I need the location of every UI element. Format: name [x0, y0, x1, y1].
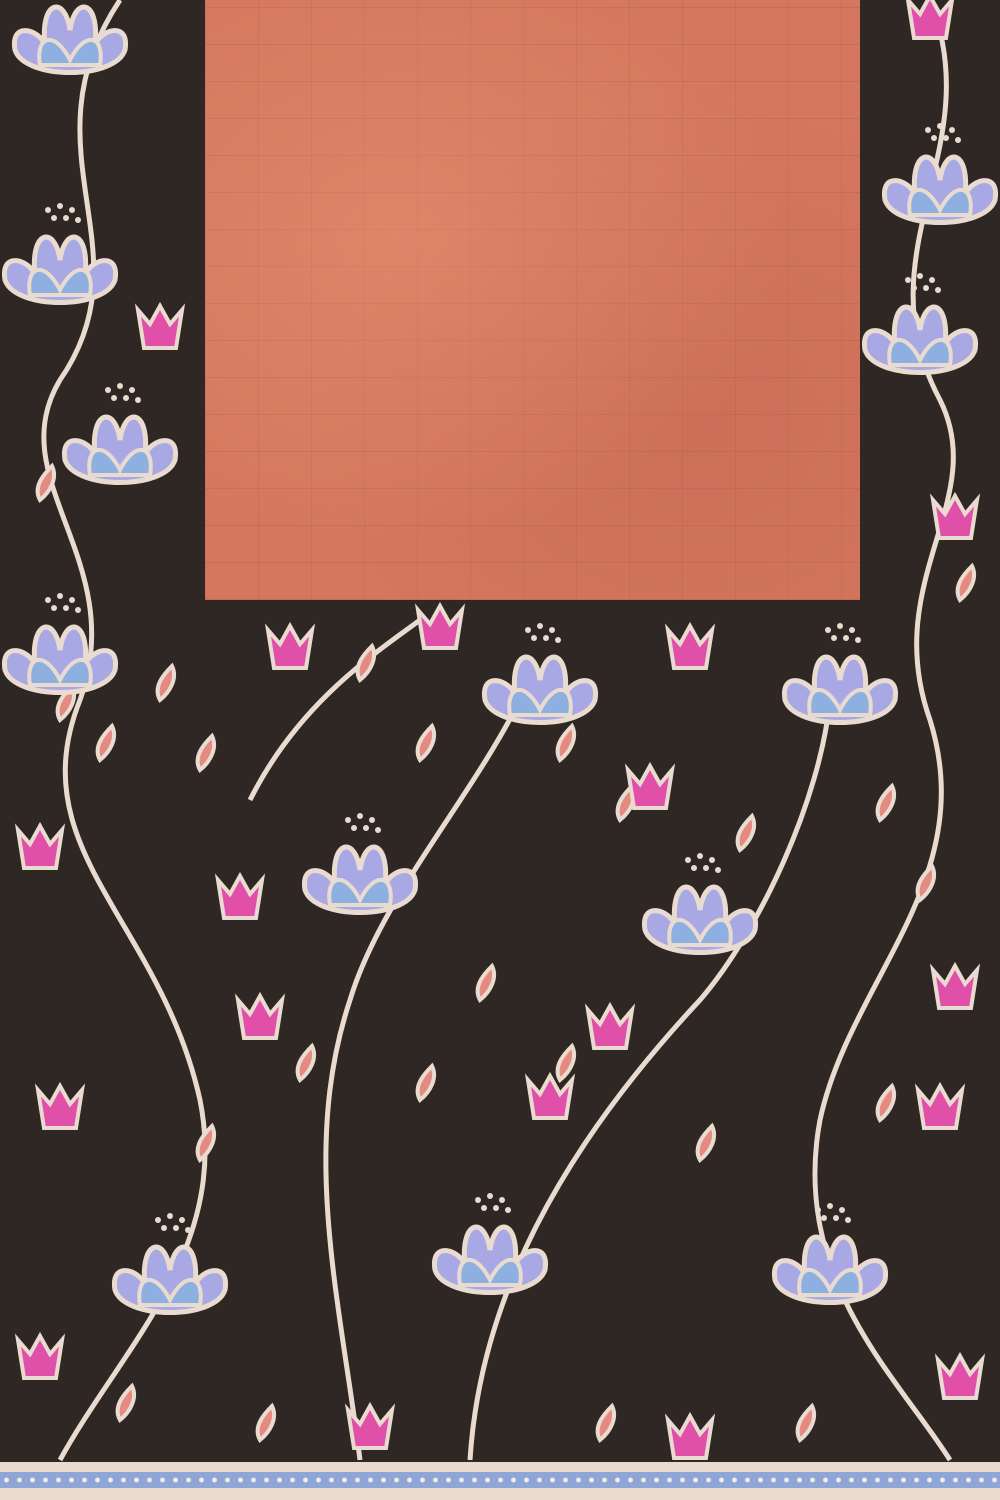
- fabric-photo: [0, 0, 1000, 1500]
- lotus-flowers: [4, 0, 995, 1313]
- blue-dot-stripe: [0, 1472, 1000, 1488]
- floral-border-pattern: [0, 0, 1000, 1500]
- dotted-blue-border-band: [0, 1462, 1000, 1500]
